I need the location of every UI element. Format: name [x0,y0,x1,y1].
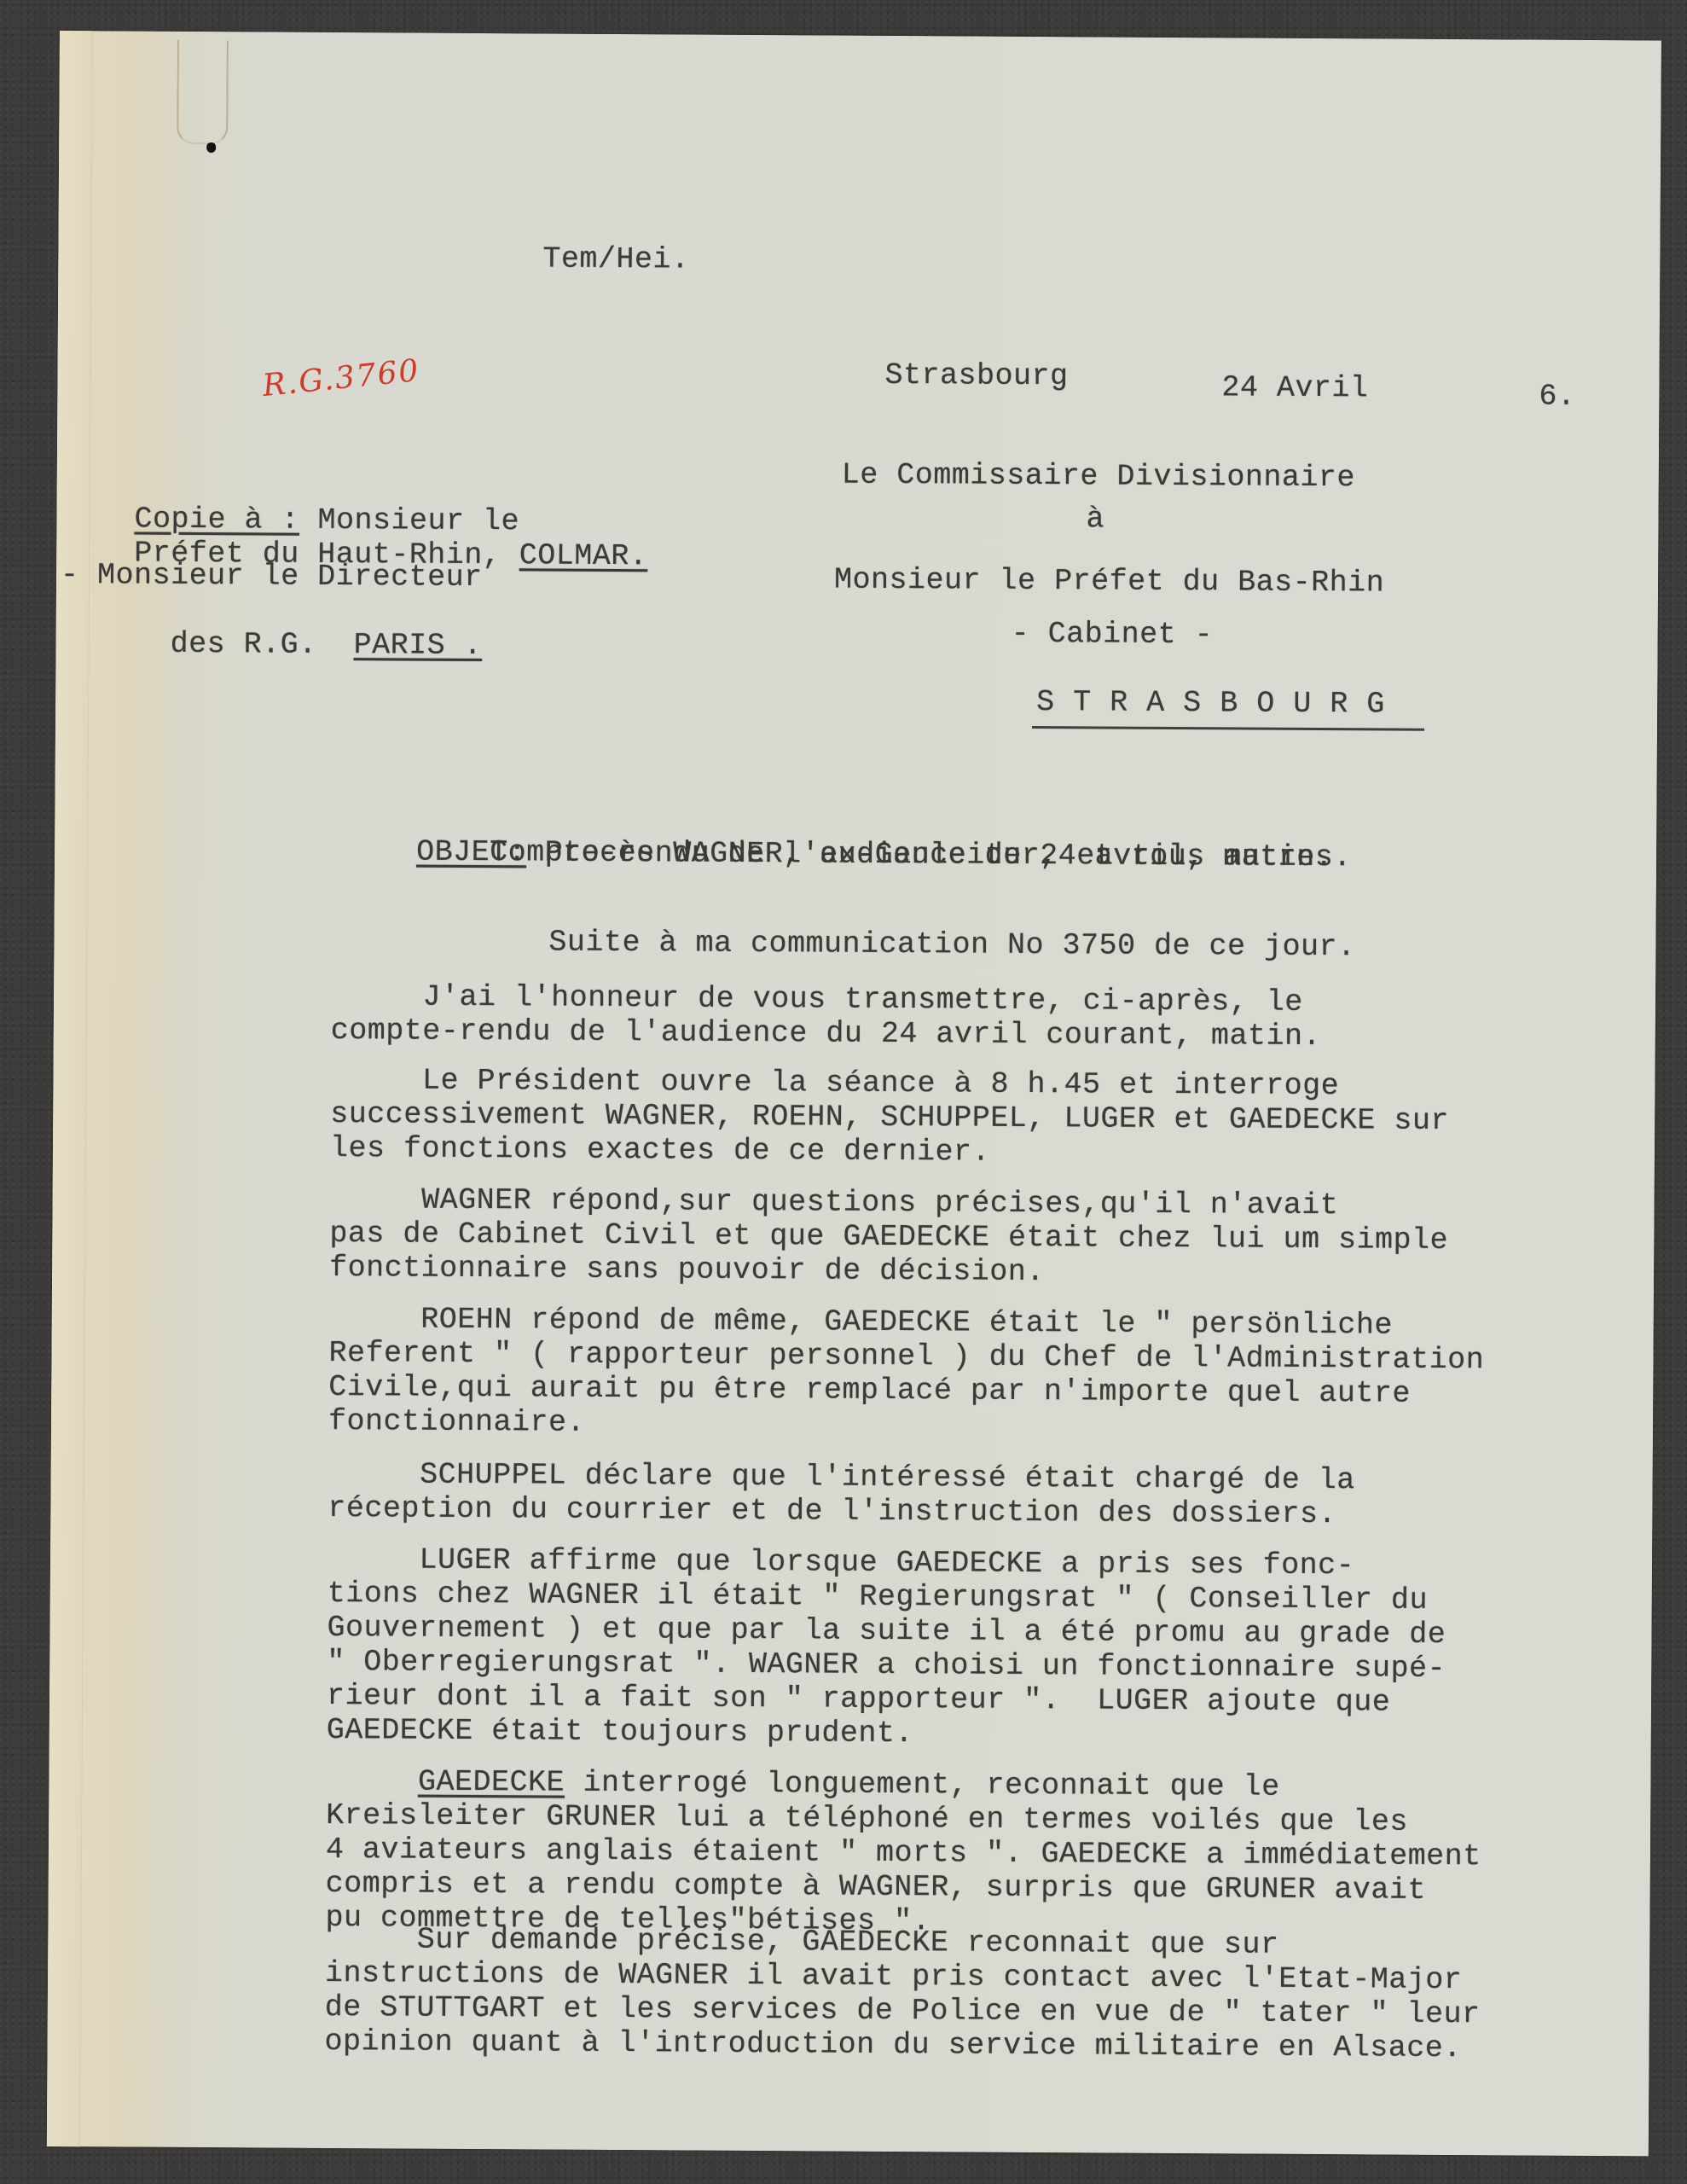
copies-city-paris: PARIS . [354,628,483,663]
paragraph-line: fonctionnaire sans pouvoir de décision. [329,1251,1660,1293]
reference-code: Tem/Hei. [542,241,689,276]
handwritten-reference: R.G.3760 [261,353,421,404]
paper-fold-edge [47,31,93,2146]
paragraph-1: J'ai l'honneur de vous transmettre, ci-a… [331,979,1661,1056]
place: Strasbourg [884,358,1068,393]
copies-line-4-text: des R.G. [134,627,354,663]
copies-line-3: - Monsieur le Directeur [61,558,483,595]
paragraph-4: ROEHN répond de même, GAEDECKE était le … [328,1302,1660,1447]
recipient: Monsieur le Préfet du Bas-Rhin [834,563,1384,601]
paragraph-3: WAGNER répond,sur questions précises,qu'… [329,1182,1661,1293]
recipient-office: - Cabinet - [1012,617,1214,652]
paragraph-7: GAEDECKE interrogé longuement, reconnait… [325,1764,1656,1943]
subject-line-2: Compte-rendu de l'audience du 24 avril, … [490,835,1333,874]
copies-city-colmar: COLMAR. [519,538,648,573]
sender-to: à [1086,502,1104,536]
recipient-city: S T R A S B O U R G [1036,685,1385,721]
underlined-name: GAEDECKE [418,1765,565,1800]
document-page: Tem/Hei. R.G.3760 Strasbourg 24 Avril 6.… [47,31,1661,2156]
paragraph-line: compte-rendu de l'audience du 24 avril c… [331,1014,1661,1056]
intro-line: Suite à ma communication No 3750 de ce j… [548,926,1355,965]
paragraph-8: Sur demande précise, GAEDECKE reconnait … [324,1922,1655,2067]
paragraph-line: opinion quant à l'introduction du servic… [324,2024,1655,2067]
copies-line-4: des R.G. PARIS . [60,592,482,697]
paragraph-line-text: interrogé longuement, reconnait que le [565,1766,1280,1804]
paragraph-line: fonctionnaire. [328,1404,1659,1447]
paragraph-5: SCHUPPEL déclare que l'intéressé était c… [328,1457,1658,1534]
city-underline [1032,726,1424,731]
date: 24 Avril [1221,370,1368,405]
paragraph-6: LUGER affirme que lorsque GAEDECKE a pri… [327,1542,1658,1756]
year-suffix: 6. [1539,380,1575,414]
paragraph-line: réception du courrier et de l'instructio… [328,1491,1658,1534]
punch-hole [206,142,216,153]
sender-title: Le Commissaire Divisionnaire [842,458,1355,496]
paragraph-2: Le Président ouvre la séance à 8 h.45 et… [330,1063,1661,1174]
paragraph-line: GAEDECKE était toujours prudent. [327,1713,1657,1756]
paragraph-line: les fonctions exactes de ce dernier. [330,1131,1661,1174]
staple-mark [177,40,229,144]
